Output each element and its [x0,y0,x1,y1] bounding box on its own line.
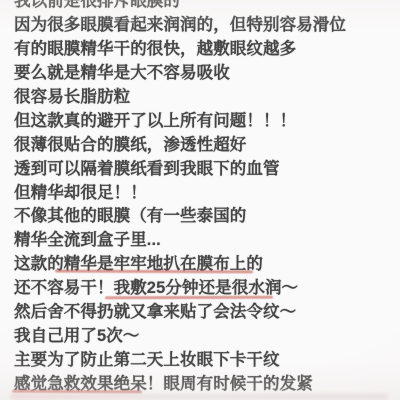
text-line-underlined: 这款的精华是牢牢地扒在膜布上的 [14,253,400,277]
text-line: 要么就是精华是大不容易吸收 [14,62,400,86]
text-line: 很薄很贴合的膜纸，渗透性超好 [14,134,400,158]
text-line: 有的眼膜精华干的很快，越敷眼纹越多 [14,38,400,62]
text-line: 主要为了防止第二天上妆眼下卡干纹 [14,349,400,373]
text-line: 我自己用了5次～ [14,325,400,349]
text-line: 透到可以隔着膜纸看到我眼下的血管 [14,158,400,182]
text-line: 然后舍不得扔就又拿来贴了会法令纹～ [14,301,400,325]
text-line: 我以前是很排斥眼膜的 [14,0,400,14]
text-line: 很容易长脂肪粒 [14,86,400,110]
note-screenshot: 我以前是很排斥眼膜的 因为很多眼膜看起来润润的，但特别容易滑位 有的眼膜精华干的… [0,0,400,400]
text-line: 因为很多眼膜看起来润润的，但特别容易滑位 [14,14,400,38]
text-line: 不像其他的眼膜（有一些泰国的 [14,205,400,229]
text-line: 但精华却很足！！ [14,182,400,206]
cutoff-next-line-blur [10,394,388,399]
text-line: 但这款真的避开了以上所有问题！！！ [14,110,400,134]
note-text-block: 我以前是很排斥眼膜的 因为很多眼膜看起来润润的，但特别容易滑位 有的眼膜精华干的… [14,0,400,400]
text-line: 精华全流到盒子里... [14,229,400,253]
